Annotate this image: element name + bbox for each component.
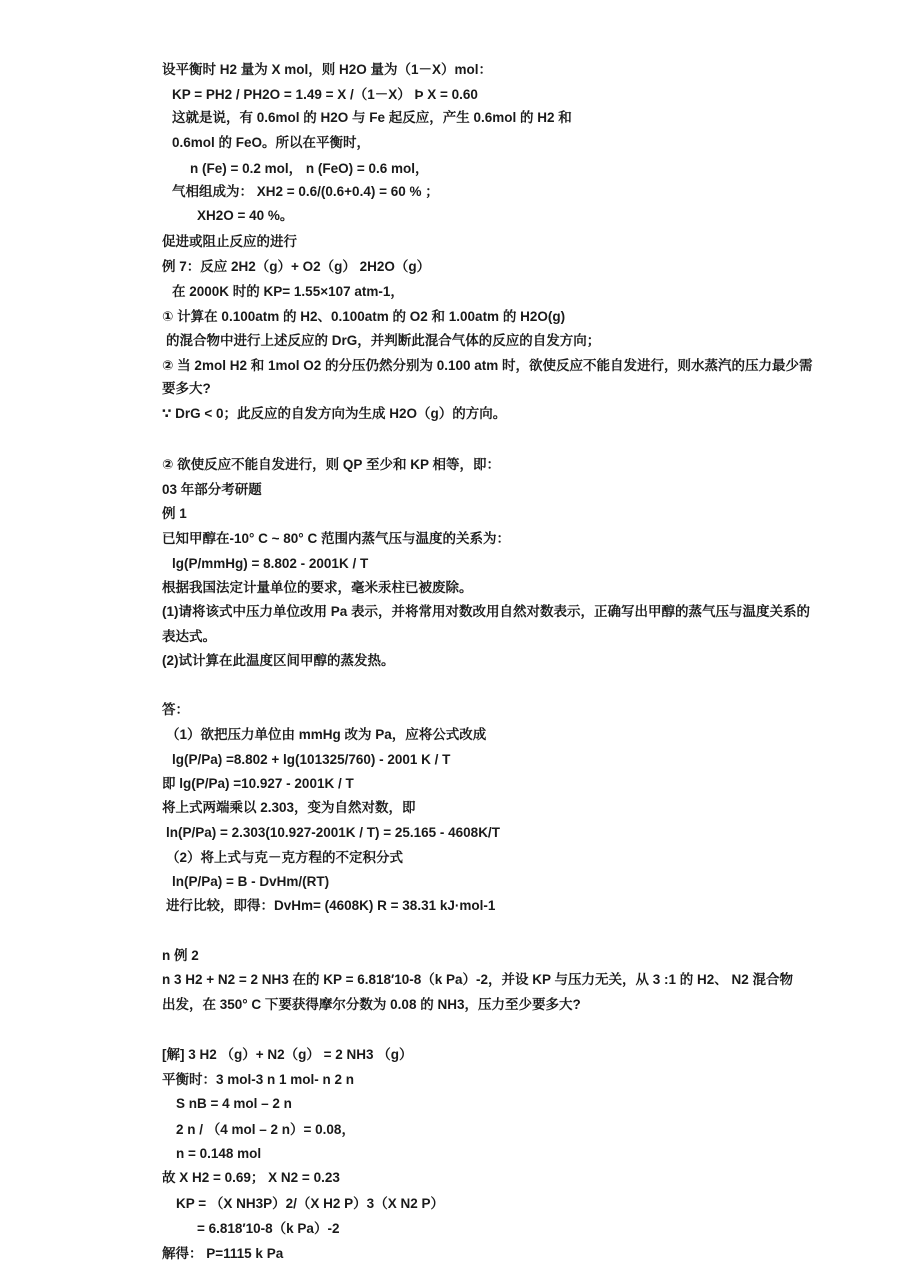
- text-line: lg(P/Pa) =8.802 + lg(101325/760) - 2001 …: [172, 751, 450, 769]
- text-line: (2)试计算在此温度区间甲醇的蒸发热。: [162, 652, 395, 670]
- text-line: 气相组成为： XH2 = 0.6/(0.6+0.4) = 60 % ；: [172, 183, 439, 201]
- text-line: ∵ DrG < 0；此反应的自发方向为生成 H2O（g）的方向。: [162, 405, 506, 423]
- text-line: lg(P/mmHg) = 8.802 - 2001K / T: [172, 555, 368, 573]
- text-line: 答：: [162, 701, 189, 719]
- text-line: 出发，在 350° C 下要获得摩尔分数为 0.08 的 NH3，压力至少要多大…: [162, 996, 581, 1014]
- text-line: 即 lg(P/Pa) =10.927 - 2001K / T: [162, 775, 354, 793]
- text-line: 根据我国法定计量单位的要求，毫米汞柱已被废除。: [162, 579, 473, 597]
- text-line: 例 7：反应 2H2（g）+ O2（g） 2H2O（g）: [162, 258, 430, 276]
- text-line: 这就是说，有 0.6mol 的 H2O 与 Fe 起反应，产生 0.6mol 的…: [172, 109, 572, 127]
- text-line: ② 欲使反应不能自发进行，则 QP 至少和 KP 相等，即：: [162, 456, 500, 474]
- text-line: 03 年部分考研题: [162, 481, 262, 499]
- text-line: 故 X H2 = 0.69； X N2 = 0.23: [162, 1169, 340, 1187]
- text-line: 平衡时：3 mol-3 n 1 mol- n 2 n: [162, 1071, 354, 1089]
- text-line: 在 2000K 时的 KP= 1.55×107 atm-1，: [172, 283, 404, 301]
- document-page: 设平衡时 H2 量为 X mol，则 H2O 量为（1－X）mol：KP = P…: [0, 0, 900, 1272]
- text-line: KP = PH2 / PH2O = 1.49 = X /（1－X） Þ X = …: [172, 86, 478, 104]
- text-line: 的混合物中进行上述反应的 DrG，并判断此混合气体的反应的自发方向；: [166, 332, 600, 350]
- text-line: n (Fe) = 0.2 mol， n (FeO) = 0.6 mol，: [190, 160, 429, 178]
- text-line: （2）将上式与克－克方程的不定积分式: [166, 849, 403, 867]
- text-line: ① 计算在 0.100atm 的 H2、0.100atm 的 O2 和 1.00…: [162, 308, 565, 326]
- text-line: (1)请将该式中压力单位改用 Pa 表示，并将常用对数改用自然对数表示，正确写出…: [162, 603, 810, 621]
- text-line: n 例 2: [162, 947, 199, 965]
- text-line: 促进或阻止反应的进行: [162, 233, 297, 251]
- text-line: 将上式两端乘以 2.303，变为自然对数，即: [162, 799, 416, 817]
- text-line: ln(P/Pa) = 2.303(10.927-2001K / T) = 25.…: [166, 824, 500, 842]
- text-line: KP = （X NH3P）2/（X H2 P）3（X N2 P）: [176, 1195, 444, 1213]
- text-line: XH2O = 40 %。: [197, 207, 293, 225]
- text-line: 表达式。: [162, 628, 216, 646]
- text-line: n = 0.148 mol: [176, 1145, 261, 1163]
- text-line: = 6.818′10-8（k Pa）-2: [197, 1220, 339, 1238]
- text-line: 进行比较，即得：DvHm= (4608K) R = 38.31 kJ·mol-1: [166, 897, 495, 915]
- text-line: 设平衡时 H2 量为 X mol，则 H2O 量为（1－X）mol：: [162, 61, 492, 79]
- text-line: 例 1: [162, 505, 187, 523]
- text-line: [解] 3 H2 （g）+ N2（g） = 2 NH3 （g）: [162, 1046, 413, 1064]
- text-line: ② 当 2mol H2 和 1mol O2 的分压仍然分别为 0.100 atm…: [162, 357, 813, 375]
- text-line: （1）欲把压力单位由 mmHg 改为 Pa，应将公式改成: [166, 726, 486, 744]
- text-line: 0.6mol 的 FeO。所以在平衡时，: [172, 134, 370, 152]
- text-line: 2 n / （4 mol – 2 n）= 0.08，: [176, 1121, 355, 1139]
- text-line: 要多大?: [162, 380, 211, 398]
- text-line: 解得： P=1115 k Pa: [162, 1245, 283, 1263]
- text-line: ln(P/Pa) = B - DvHm/(RT): [172, 873, 329, 891]
- text-line: S nB = 4 mol – 2 n: [176, 1095, 292, 1113]
- text-line: n 3 H2 + N2 = 2 NH3 在的 KP = 6.818′10-8（k…: [162, 971, 793, 989]
- text-line: 已知甲醇在-10° C ~ 80° C 范围内蒸气压与温度的关系为：: [162, 530, 510, 548]
